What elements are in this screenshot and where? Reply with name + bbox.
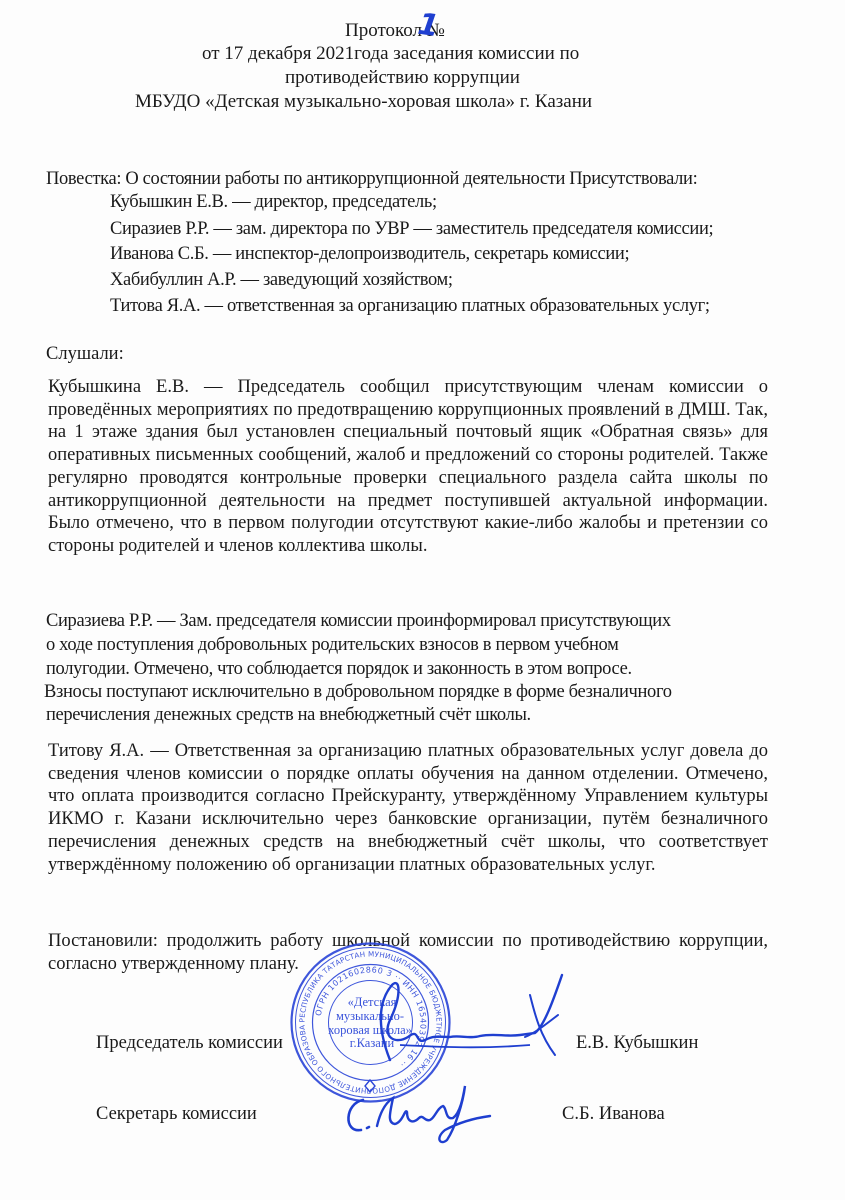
document-page: Протокол № 1 от 17 декабря 2021года засе… xyxy=(0,0,845,1200)
attendee-item: Хабибуллин А.Р. — заведующий хозяйством; xyxy=(110,269,453,292)
agenda-line: Повестка: О состоянии работы по антикорр… xyxy=(46,168,697,191)
attendee-item: Кубышкин Е.В. — директор, председатель; xyxy=(110,191,437,214)
chair-name: Е.В. Кубышкин xyxy=(576,1032,698,1055)
heard-sirazieva-line: Взносы поступают исключительно в доброво… xyxy=(44,681,672,704)
header-date-line: от 17 декабря 2021года заседания комисси… xyxy=(202,42,579,65)
heard-heading: Слушали: xyxy=(46,343,124,366)
heard-sirazieva-line: полугодии. Отмечено, что соблюдается пор… xyxy=(46,658,632,681)
secretary-name: С.Б. Иванова xyxy=(562,1103,665,1126)
heard-sirazieva-line: перечисления денежных средств на внебюдж… xyxy=(46,704,531,727)
header-organization-line: МБУДО «Детская музыкально-хоровая школа»… xyxy=(135,90,592,113)
chair-signature-icon xyxy=(330,965,570,1075)
attendee-item: Титова Я.А. — ответственная за организац… xyxy=(110,295,710,318)
header-subject-line: противодействию коррупции xyxy=(285,66,520,89)
secretary-signature-icon xyxy=(335,1078,495,1148)
chair-role: Председатель комиссии xyxy=(96,1032,283,1055)
heard-paragraph-kubyshkina: Кубышкина Е.В. — Председатель сообщил пр… xyxy=(48,376,768,558)
heard-sirazieva-line: о ходе поступления добровольных родитель… xyxy=(46,634,618,657)
attendee-item: Иванова С.Б. — инспектор-делопроизводите… xyxy=(110,243,629,266)
heard-sirazieva-line: Сиразиева Р.Р. — Зам. председателя комис… xyxy=(46,610,671,633)
attendee-item: Сиразиев Р.Р. — зам. директора по УВР — … xyxy=(110,218,713,241)
heard-paragraph-titova: Титову Я.А. — Ответственная за организац… xyxy=(48,740,768,876)
secretary-role: Секретарь комиссии xyxy=(96,1103,257,1126)
